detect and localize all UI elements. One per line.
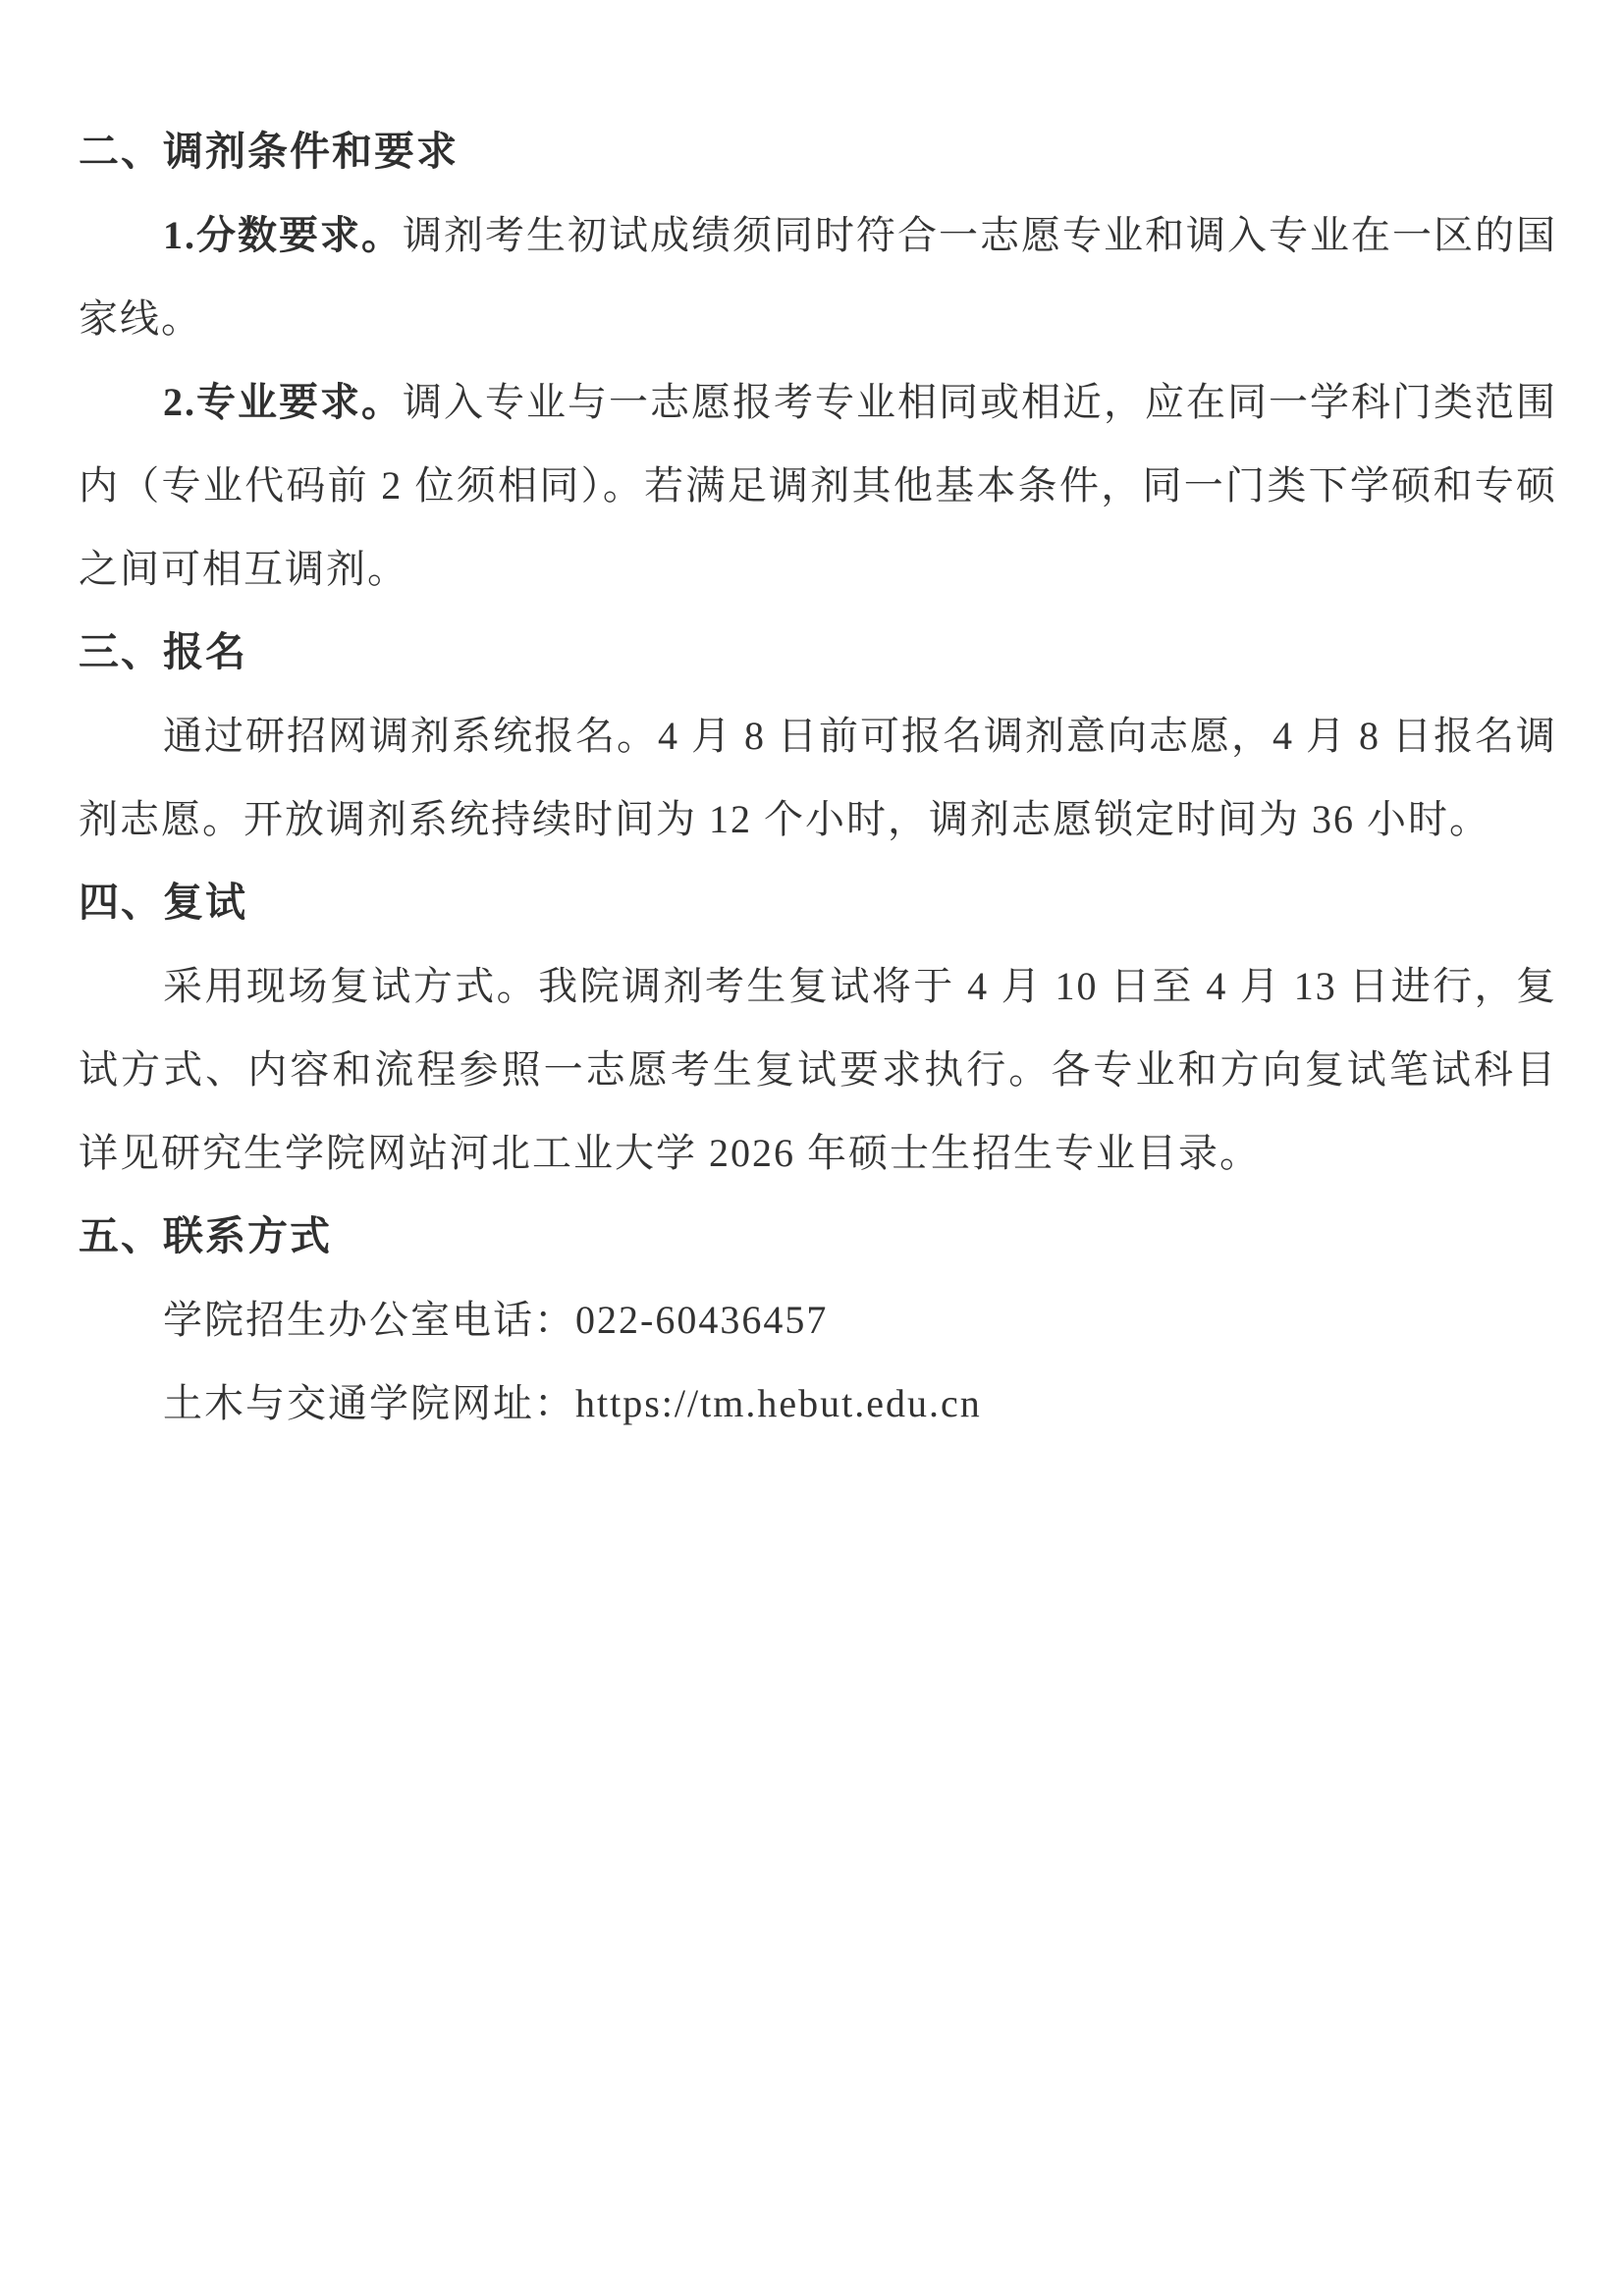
paragraph-text: 通过研招网调剂系统报名。4 月 8 日前可报名调剂意向志愿，4 月 8 日报名调…: [79, 714, 1557, 841]
paragraph-score-requirement: 1.分数要求。调剂考生初试成绩须同时符合一志愿专业和调入专业在一区的国家线。: [79, 193, 1557, 360]
paragraph-text: 采用现场复试方式。我院调剂考生复试将于 4 月 10 日至 4 月 13 日进行…: [79, 964, 1557, 1175]
paragraph-major-requirement: 2.专业要求。调入专业与一志愿报考专业相同或相近，应在同一学科门类范围内（专业代…: [79, 360, 1557, 611]
heading-contact: 五、联系方式: [79, 1195, 1557, 1278]
heading-reexamination: 四、复试: [79, 861, 1557, 944]
heading-registration: 三、报名: [79, 611, 1557, 694]
paragraph-bold-lead: 2.专业要求。: [163, 380, 403, 424]
paragraph-website: 土木与交通学院网址：https://tm.hebut.edu.cn: [79, 1362, 1557, 1445]
heading-transfer-conditions: 二、调剂条件和要求: [79, 110, 1557, 193]
paragraph-bold-lead: 1.分数要求。: [163, 213, 403, 257]
paragraph-registration: 通过研招网调剂系统报名。4 月 8 日前可报名调剂意向志愿，4 月 8 日报名调…: [79, 694, 1557, 861]
paragraph-text: 土木与交通学院网址：https://tm.hebut.edu.cn: [163, 1381, 982, 1425]
paragraph-text: 学院招生办公室电话：022-60436457: [163, 1298, 828, 1342]
document-content: 二、调剂条件和要求 1.分数要求。调剂考生初试成绩须同时符合一志愿专业和调入专业…: [79, 110, 1557, 1445]
paragraph-reexamination: 采用现场复试方式。我院调剂考生复试将于 4 月 10 日至 4 月 13 日进行…: [79, 944, 1557, 1195]
document-page: 二、调剂条件和要求 1.分数要求。调剂考生初试成绩须同时符合一志愿专业和调入专业…: [0, 0, 1624, 2296]
paragraph-phone: 学院招生办公室电话：022-60436457: [79, 1278, 1557, 1362]
